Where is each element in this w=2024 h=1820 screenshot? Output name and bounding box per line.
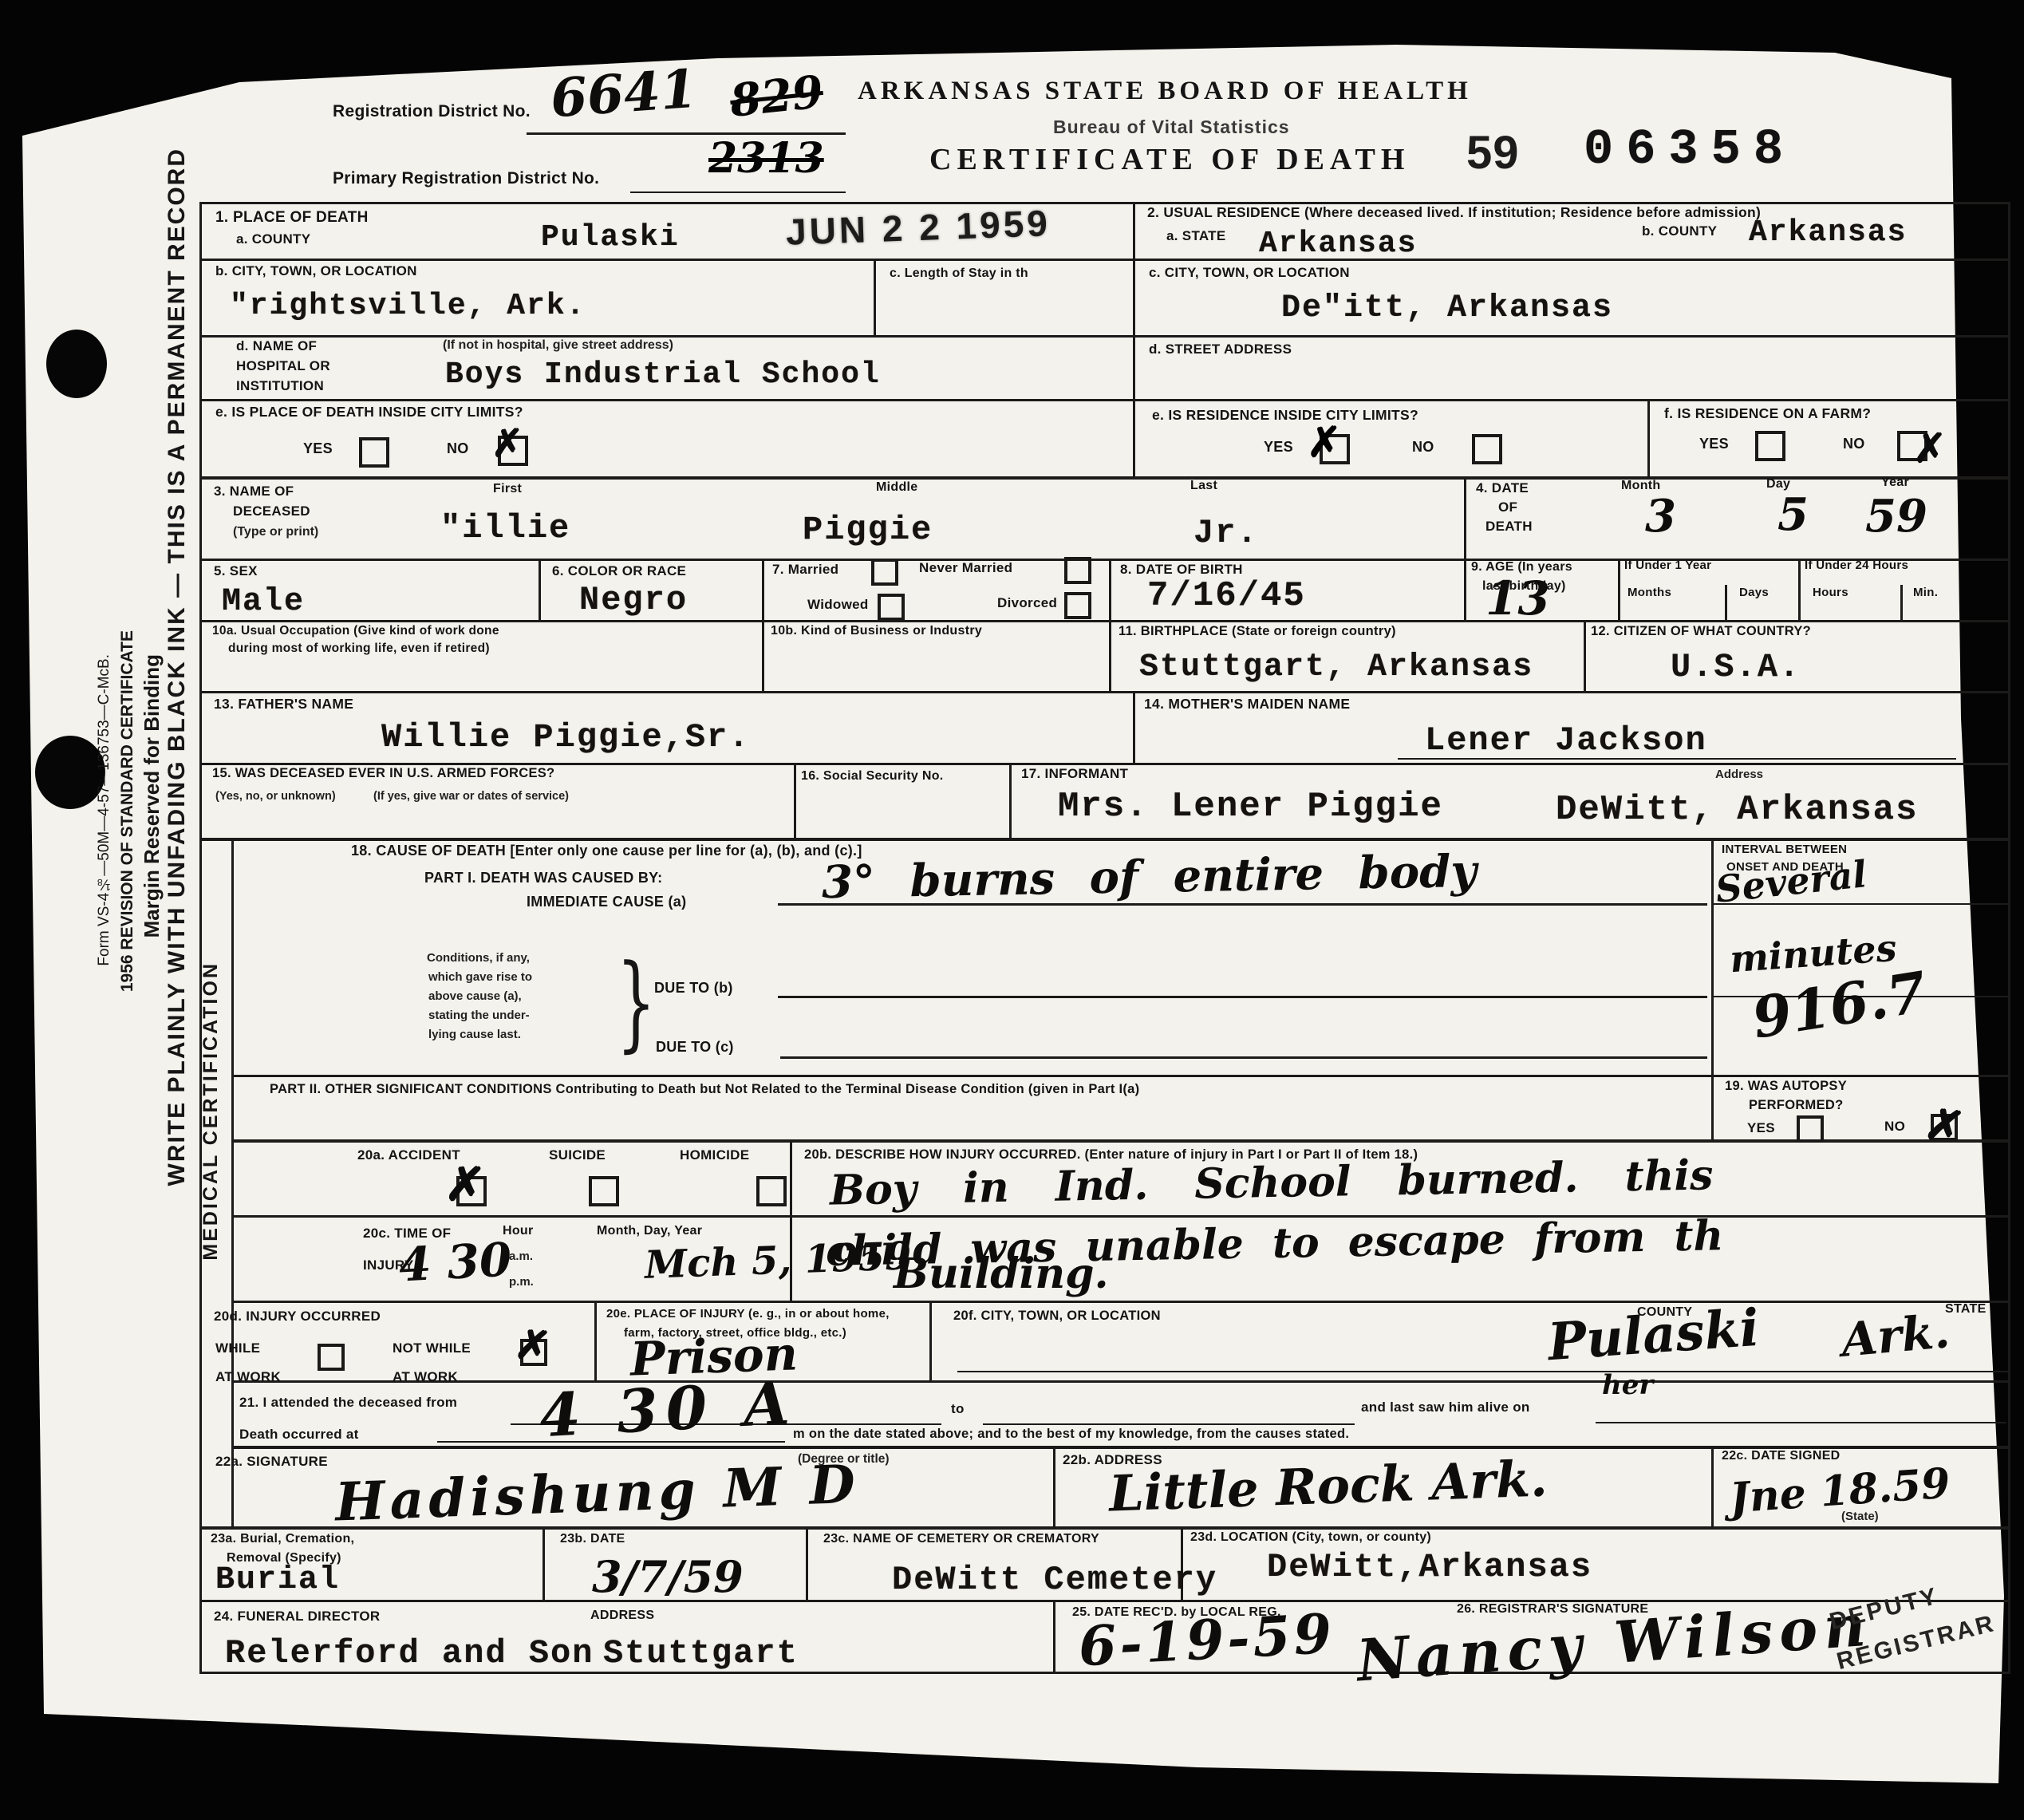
funeral-director-address-value: Stuttgart (603, 1634, 799, 1672)
death-city-limits-yes-checkbox (359, 437, 389, 468)
registration-district-value: 6641 (549, 57, 700, 130)
armed-forces-label: 15. WAS DECEASED EVER IN U.S. ARMED FORC… (212, 766, 554, 781)
col-line (1618, 559, 1620, 620)
widowed-checkbox (878, 594, 905, 621)
race-value: Negro (579, 581, 688, 619)
burial-date-label: 23b. DATE (560, 1532, 625, 1546)
length-of-stay-label: c. Length of Stay in th (890, 266, 1028, 281)
death-city-limits-label: e. IS PLACE OF DEATH INSIDE CITY LIMITS? (215, 404, 523, 420)
autopsy-label-2: PERFORMED? (1749, 1098, 1844, 1113)
while-label-2: AT WORK (215, 1369, 281, 1385)
injury-hour-value: 4 30 (397, 1232, 513, 1292)
signature-label: 22a. SIGNATURE (215, 1454, 328, 1470)
autopsy-yes-label: YES (1747, 1120, 1775, 1136)
margin-revision-note: 1956 REVISION OF STANDARD CERTIFICATE (118, 630, 137, 992)
married-checkbox (871, 559, 898, 586)
informant-label: 17. INFORMANT (1021, 766, 1128, 782)
col-line (1647, 399, 1650, 476)
burial-location-value: DeWitt,Arkansas (1267, 1548, 1592, 1586)
farm-yes-label: YES (1699, 436, 1729, 452)
informant-address-value: DeWitt, Arkansas (1556, 790, 1918, 830)
burial-label-1: 23a. Burial, Cremation, (211, 1532, 354, 1546)
county-label: a. COUNTY (236, 231, 310, 247)
place-of-death-label: 1. PLACE OF DEATH (215, 209, 369, 227)
conditions-line-4: stating the under- (428, 1009, 530, 1022)
to-label: to (951, 1401, 965, 1417)
injury-date-value: Mch 5, 1959 (644, 1234, 912, 1288)
residence-city-value: De"itt, Arkansas (1281, 290, 1613, 326)
death-city-limits-no-mark: ✗ (491, 421, 523, 466)
min-label: Min. (1913, 586, 1938, 599)
under-1-year-label: If Under 1 Year (1624, 559, 1711, 572)
homicide-checkbox (756, 1176, 787, 1206)
accident-label: 20a. ACCIDENT (357, 1147, 460, 1163)
informant-value: Mrs. Lener Piggie (1058, 787, 1443, 827)
last-saw-label: and last saw him alive on (1361, 1400, 1530, 1415)
interval-line-a (1711, 903, 2008, 905)
margin-form-number: Form VS-4⅛—50M—4-57—136753—C-McB. (96, 654, 113, 966)
col-line (1009, 763, 1012, 838)
death-occurred-label-2: m on the date stated above; and to the b… (793, 1427, 1349, 1442)
margin-ink-warning: WRITE PLAINLY WITH UNFADING BLACK INK — … (164, 148, 191, 1186)
year-header: Year (1881, 476, 1909, 490)
race-label: 6. COLOR OR RACE (552, 563, 686, 579)
autopsy-no-label: NO (1884, 1119, 1905, 1135)
married-label: 7. Married (772, 562, 838, 578)
farm-no-label: NO (1843, 436, 1865, 452)
occupation-label-2: during most of working life, even if ret… (228, 642, 490, 656)
injury-city-label: 20f. CITY, TOWN, OR LOCATION (953, 1309, 1161, 1324)
board-title: ARKANSAS STATE BOARD OF HEALTH (858, 77, 1472, 106)
sex-label: 5. SEX (214, 563, 258, 579)
informant-address-label: Address (1715, 768, 1763, 781)
residence-city-limits-no-label: NO (1412, 439, 1434, 456)
injury-description-line-3: Building. (894, 1250, 1109, 1298)
conditions-brace: } (617, 942, 657, 1063)
medical-col-line (231, 838, 234, 1526)
cause-of-death-label: 18. CAUSE OF DEATH [Enter only one cause… (351, 843, 862, 859)
name-label-2: DECEASED (233, 503, 310, 519)
row-line (199, 691, 2010, 693)
suicide-checkbox (589, 1176, 619, 1206)
col-line (794, 763, 796, 838)
not-while-label-1: NOT WHILE (393, 1340, 471, 1356)
injury-location-line (957, 1371, 2008, 1372)
death-year-value: 59 (1865, 490, 1927, 543)
registration-district-label: Registration District No. (333, 102, 531, 121)
age-value: 13 (1485, 571, 1550, 626)
margin-binding-note: Margin Reserved for Binding (140, 654, 164, 938)
county-value: Pulaski (541, 220, 680, 255)
first-name-header: First (493, 482, 522, 496)
file-number: 06358 (1584, 121, 1796, 178)
row-line (199, 259, 2010, 261)
homicide-label: HOMICIDE (680, 1147, 749, 1163)
date-of-birth-value: 7/16/45 (1147, 576, 1306, 616)
certificate-title: CERTIFICATE OF DEATH (929, 142, 1410, 177)
sex-value: Male (222, 584, 305, 620)
col-line (1464, 476, 1466, 620)
row-line (199, 620, 2010, 622)
residence-city-limits-yes-label: YES (1264, 439, 1293, 456)
occupation-label-1: 10a. Usual Occupation (Give kind of work… (212, 624, 499, 638)
divorced-checkbox (1064, 592, 1091, 619)
residence-state-value: Arkansas (1259, 227, 1417, 261)
interval-header-1: INTERVAL BETWEEN (1722, 843, 1847, 856)
city-town-label: b. CITY, TOWN, OR LOCATION (215, 263, 417, 279)
primary-district-label: Primary Registration District No. (333, 169, 599, 188)
conditions-line-1: Conditions, if any, (427, 951, 530, 965)
residence-city-limits-yes-mark: ✗ (1307, 418, 1342, 467)
accident-mark: ✗ (444, 1155, 487, 1214)
row-line (199, 559, 2010, 561)
while-at-work-checkbox (318, 1344, 345, 1371)
col-line (1053, 1446, 1055, 1526)
row-line (199, 838, 2010, 841)
city-town-value: "rightsville, Ark. (230, 289, 586, 323)
residence-city-limits-label: e. IS RESIDENCE INSIDE CITY LIMITS? (1152, 407, 1418, 424)
due-to-c-line (780, 1056, 1707, 1059)
death-occurred-line (437, 1441, 785, 1443)
middle-name-header: Middle (876, 480, 917, 495)
punch-hole (35, 736, 105, 809)
due-to-c-label: DUE TO (c) (656, 1039, 734, 1056)
death-city-limits-yes-label: YES (303, 440, 333, 457)
col-line (929, 1301, 932, 1380)
farm-yes-checkbox (1755, 431, 1785, 461)
father-name-label: 13. FATHER'S NAME (214, 696, 353, 713)
hospital-label-1: d. NAME OF (236, 338, 317, 354)
death-day-value: 5 (1777, 488, 1809, 541)
hours-label: Hours (1813, 586, 1848, 599)
death-city-limits-no-label: NO (447, 440, 469, 457)
birthplace-label: 11. BIRTHPLACE (State or foreign country… (1119, 624, 1396, 639)
date-of-death-label-2: OF (1498, 499, 1517, 515)
divorced-label: Divorced (997, 595, 1057, 611)
cemetery-label: 23c. NAME OF CEMETERY OR CREMATORY (823, 1532, 1099, 1546)
never-married-label: Never Married (919, 560, 1012, 576)
death-occurred-label: Death occurred at (239, 1427, 359, 1443)
received-date-stamp: JUN 2 2 1959 (785, 201, 1051, 254)
attended-to-line (983, 1423, 1355, 1425)
death-month-value: 3 (1645, 490, 1676, 543)
col-line (1133, 202, 1135, 476)
col-line (1584, 620, 1586, 691)
burial-value: Burial (215, 1562, 340, 1598)
col-line (542, 1526, 545, 1600)
col-line (1725, 585, 1727, 620)
hospital-label-3: INSTITUTION (236, 378, 324, 394)
col-line (806, 1526, 808, 1600)
name-label-3: (Type or print) (233, 525, 318, 539)
middle-name-value: Piggie (803, 511, 933, 549)
mother-name-value: Lener Jackson (1425, 721, 1707, 760)
date-of-birth-label: 8. DATE OF BIRTH (1120, 562, 1243, 578)
primary-district-line (630, 191, 846, 193)
hospital-label-2: HOSPITAL OR (236, 358, 330, 374)
col-line (1133, 691, 1135, 763)
row-line (231, 1215, 2010, 1218)
col-line (1109, 559, 1111, 691)
injury-state-header: STATE (1945, 1302, 1987, 1317)
row-line (199, 335, 2010, 338)
date-signed-label: 22c. DATE SIGNED (1722, 1449, 1841, 1463)
punch-hole (46, 330, 107, 398)
registration-district-crossed-number-2: 2313 (708, 134, 824, 183)
farm-label: f. IS RESIDENCE ON A FARM? (1664, 405, 1871, 422)
immediate-cause-label: IMMEDIATE CAUSE (a) (527, 894, 686, 910)
name-label-1: 3. NAME OF (214, 484, 294, 499)
birthplace-value: Stuttgart, Arkansas (1139, 649, 1533, 685)
bureau-subtitle: Bureau of Vital Statistics (1053, 116, 1290, 138)
last-name-value: Jr. (1193, 514, 1259, 552)
injury-occurred-label: 20d. INJURY OCCURRED (214, 1309, 381, 1325)
while-label-1: WHILE (215, 1340, 260, 1356)
burial-location-label: 23d. LOCATION (City, town, or county) (1190, 1530, 1431, 1545)
date-of-death-label-3: DEATH (1485, 519, 1533, 535)
not-while-label-2: AT WORK (393, 1369, 458, 1385)
street-address-label: d. STREET ADDRESS (1149, 341, 1292, 357)
citizen-label: 12. CITIZEN OF WHAT COUNTRY? (1591, 624, 1811, 639)
table-border-right (2008, 202, 2010, 1674)
residence-city-limits-no-checkbox (1472, 434, 1502, 464)
part2-label: PART II. OTHER SIGNIFICANT CONDITIONS Co… (270, 1082, 1139, 1097)
residence-state-label: a. STATE (1166, 228, 1226, 244)
armed-forces-note-2: (If yes, give war or dates of service) (373, 790, 569, 803)
am-label: a.m. (509, 1250, 533, 1263)
col-line (594, 1301, 597, 1380)
first-name-value: "illie (440, 509, 570, 547)
residence-county-value: Arkansas (1749, 215, 1907, 250)
mother-name-line (1398, 758, 1956, 760)
ssn-label: 16. Social Security No. (801, 769, 944, 784)
row-line (231, 1075, 2010, 1077)
cemetery-value: DeWitt Cemetery (892, 1561, 1217, 1599)
table-border-left (199, 202, 202, 1674)
citizen-value: U.S.A. (1671, 648, 1801, 686)
business-label: 10b. Kind of Business or Industry (771, 624, 982, 638)
attended-from-value: 4 30 A (538, 1369, 799, 1451)
due-to-b-line (778, 996, 1707, 998)
conditions-line-5: lying cause last. (428, 1028, 521, 1041)
month-day-year-label: Month, Day, Year (597, 1224, 702, 1238)
her-annotation: her (1602, 1369, 1653, 1401)
col-line (1053, 1600, 1055, 1672)
hospital-value: Boys Industrial School (445, 357, 881, 392)
armed-forces-note-1: (Yes, no, or unknown) (215, 790, 336, 803)
residence-city-label: c. CITY, TOWN, OR LOCATION (1149, 265, 1350, 281)
injury-state-value: Ark. (1839, 1304, 1951, 1368)
days-label: Days (1739, 586, 1769, 599)
col-line (1798, 559, 1801, 620)
due-to-b-label: DUE TO (b) (654, 980, 733, 997)
funeral-director-address-label: ADDRESS (590, 1609, 654, 1623)
never-married-checkbox (1064, 557, 1091, 584)
row-line (199, 763, 2010, 765)
mother-name-label: 14. MOTHER'S MAIDEN NAME (1144, 696, 1350, 713)
not-while-at-work-mark: ✗ (512, 1319, 554, 1372)
attended-label: 21. I attended the deceased from (239, 1395, 457, 1411)
farm-no-mark: ✗ (1913, 424, 1947, 472)
col-line (762, 559, 764, 691)
under-24-hours-label: If Under 24 Hours (1805, 559, 1908, 572)
death-certificate-scan: WRITE PLAINLY WITH UNFADING BLACK INK — … (0, 0, 2024, 1820)
autopsy-label-1: 19. WAS AUTOPSY (1725, 1079, 1847, 1094)
residence-county-label: b. COUNTY (1642, 223, 1717, 239)
col-line (1900, 585, 1903, 620)
funeral-director-value: Relerford and Son (225, 1634, 594, 1672)
interval-col-line (1711, 838, 1714, 1139)
row-line (231, 1380, 2010, 1383)
file-year: 59 (1466, 126, 1520, 180)
place-of-injury-label-1: 20e. PLACE OF INJURY (e. g., in or about… (606, 1307, 890, 1321)
last-saw-line (1596, 1422, 2006, 1423)
suicide-label: SUICIDE (549, 1147, 606, 1163)
registration-district-crossed-number: 829 (728, 65, 826, 128)
part1-label: PART I. DEATH WAS CAUSED BY: (424, 870, 662, 886)
burial-date-value: 3/7/59 (592, 1551, 744, 1602)
widowed-label: Widowed (807, 597, 869, 613)
usual-residence-label: 2. USUAL RESIDENCE (Where deceased lived… (1147, 204, 1761, 221)
conditions-line-2: which gave rise to (428, 970, 532, 984)
autopsy-yes-checkbox (1797, 1115, 1824, 1143)
col-line (1711, 1446, 1714, 1526)
date-of-death-label-1: 4. DATE (1476, 480, 1529, 496)
state-note: (State) (1841, 1510, 1879, 1523)
months-label: Months (1627, 586, 1671, 599)
row-line (199, 476, 2010, 480)
conditions-line-3: above cause (a), (428, 989, 522, 1003)
row-line (231, 1139, 2010, 1143)
father-name-value: Willie Piggie,Sr. (381, 718, 750, 756)
medical-certification-label: MEDICAL CERTIFICATION (199, 961, 223, 1261)
row-line (199, 399, 2010, 401)
hospital-note: (If not in hospital, give street address… (443, 338, 673, 353)
date-received-value: 6-19-59 (1077, 1602, 1336, 1680)
col-line (874, 259, 876, 335)
last-name-header: Last (1190, 479, 1217, 493)
col-line (539, 559, 541, 620)
funeral-director-label: 24. FUNERAL DIRECTOR (214, 1609, 380, 1625)
